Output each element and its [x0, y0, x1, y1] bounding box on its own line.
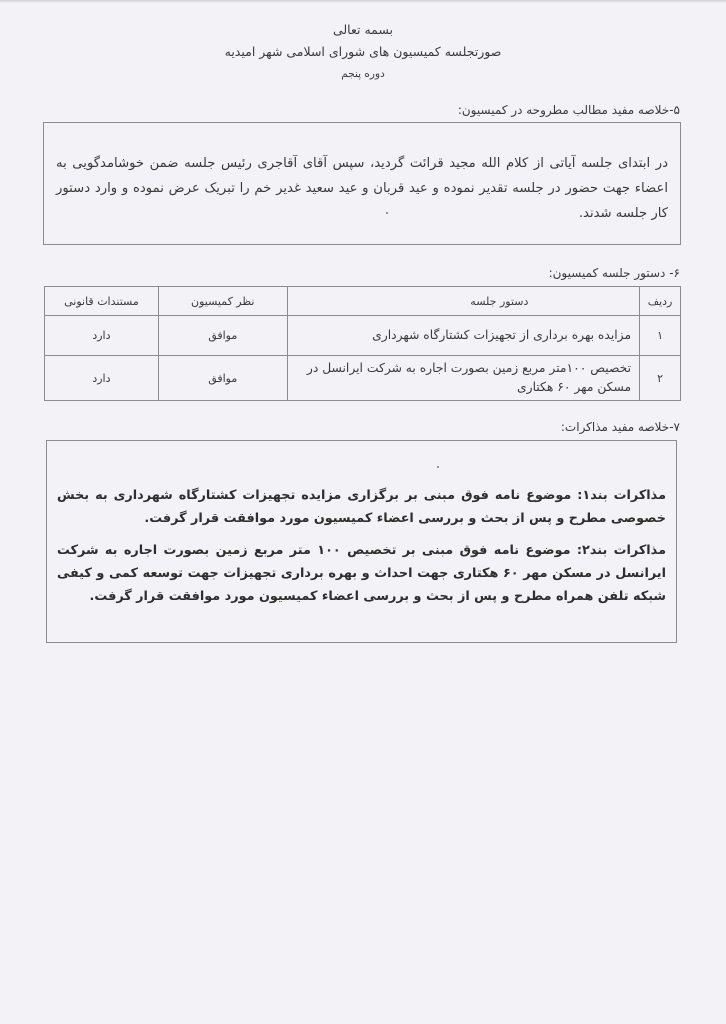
section-5-summary-text: در ابتدای جلسه آیاتی از کلام الله مجید ق… — [56, 151, 668, 226]
scan-speck — [437, 466, 439, 468]
column-header-agenda: دستور جلسه — [287, 287, 639, 316]
agenda-item: تخصیص ۱۰۰متر مربع زمین بصورت اجاره به شر… — [287, 356, 639, 401]
table-row: ۱ مزایده بهره برداری از تجهیزات کشتارگاه… — [45, 316, 681, 356]
section-6-label: ۶- دستور جلسه کمیسیون: — [549, 266, 680, 280]
agenda-table-header: ردیف دستور جلسه نظر کمیسیون مستندات قانو… — [45, 287, 681, 316]
legal-documents: دارد — [45, 316, 159, 356]
council-period: دوره پنجم — [0, 68, 726, 80]
column-header-legal-documents: مستندات قانونی — [45, 287, 159, 316]
agenda-table: ردیف دستور جلسه نظر کمیسیون مستندات قانو… — [44, 286, 681, 401]
negotiation-item-1: مذاکرات بند۱: موضوع نامه فوق مبنی بر برگ… — [57, 484, 666, 530]
row-number: ۲ — [640, 356, 681, 401]
section-7-label: ۷-خلاصه مفید مذاکرات: — [561, 420, 680, 434]
commission-opinion: موافق — [158, 356, 287, 401]
document-title: صورتجلسه کمیسیون های شورای اسلامی شهر ام… — [0, 44, 726, 59]
row-number: ۱ — [640, 316, 681, 356]
scan-speck — [386, 212, 388, 214]
column-header-row-number: ردیف — [640, 287, 681, 316]
negotiation-item-2: مذاکرات بند۲: موضوع نامه فوق مبنی بر تخص… — [57, 539, 666, 608]
section-5-summary-box: در ابتدای جلسه آیاتی از کلام الله مجید ق… — [43, 122, 681, 245]
column-header-commission-opinion: نظر کمیسیون — [158, 287, 287, 316]
commission-opinion: موافق — [158, 316, 287, 356]
section-7-negotiations-box: مذاکرات بند۱: موضوع نامه فوق مبنی بر برگ… — [46, 440, 677, 643]
page-top-edge — [0, 0, 726, 3]
basmala-heading: بسمه تعالی — [0, 22, 726, 37]
table-row: ۲ تخصیص ۱۰۰متر مربع زمین بصورت اجاره به … — [45, 356, 681, 401]
section-5-label: ۵-خلاصه مفید مطالب مطروحه در کمیسیون: — [458, 103, 680, 117]
agenda-item: مزایده بهره برداری از تجهیزات کشتارگاه ش… — [287, 316, 639, 356]
legal-documents: دارد — [45, 356, 159, 401]
